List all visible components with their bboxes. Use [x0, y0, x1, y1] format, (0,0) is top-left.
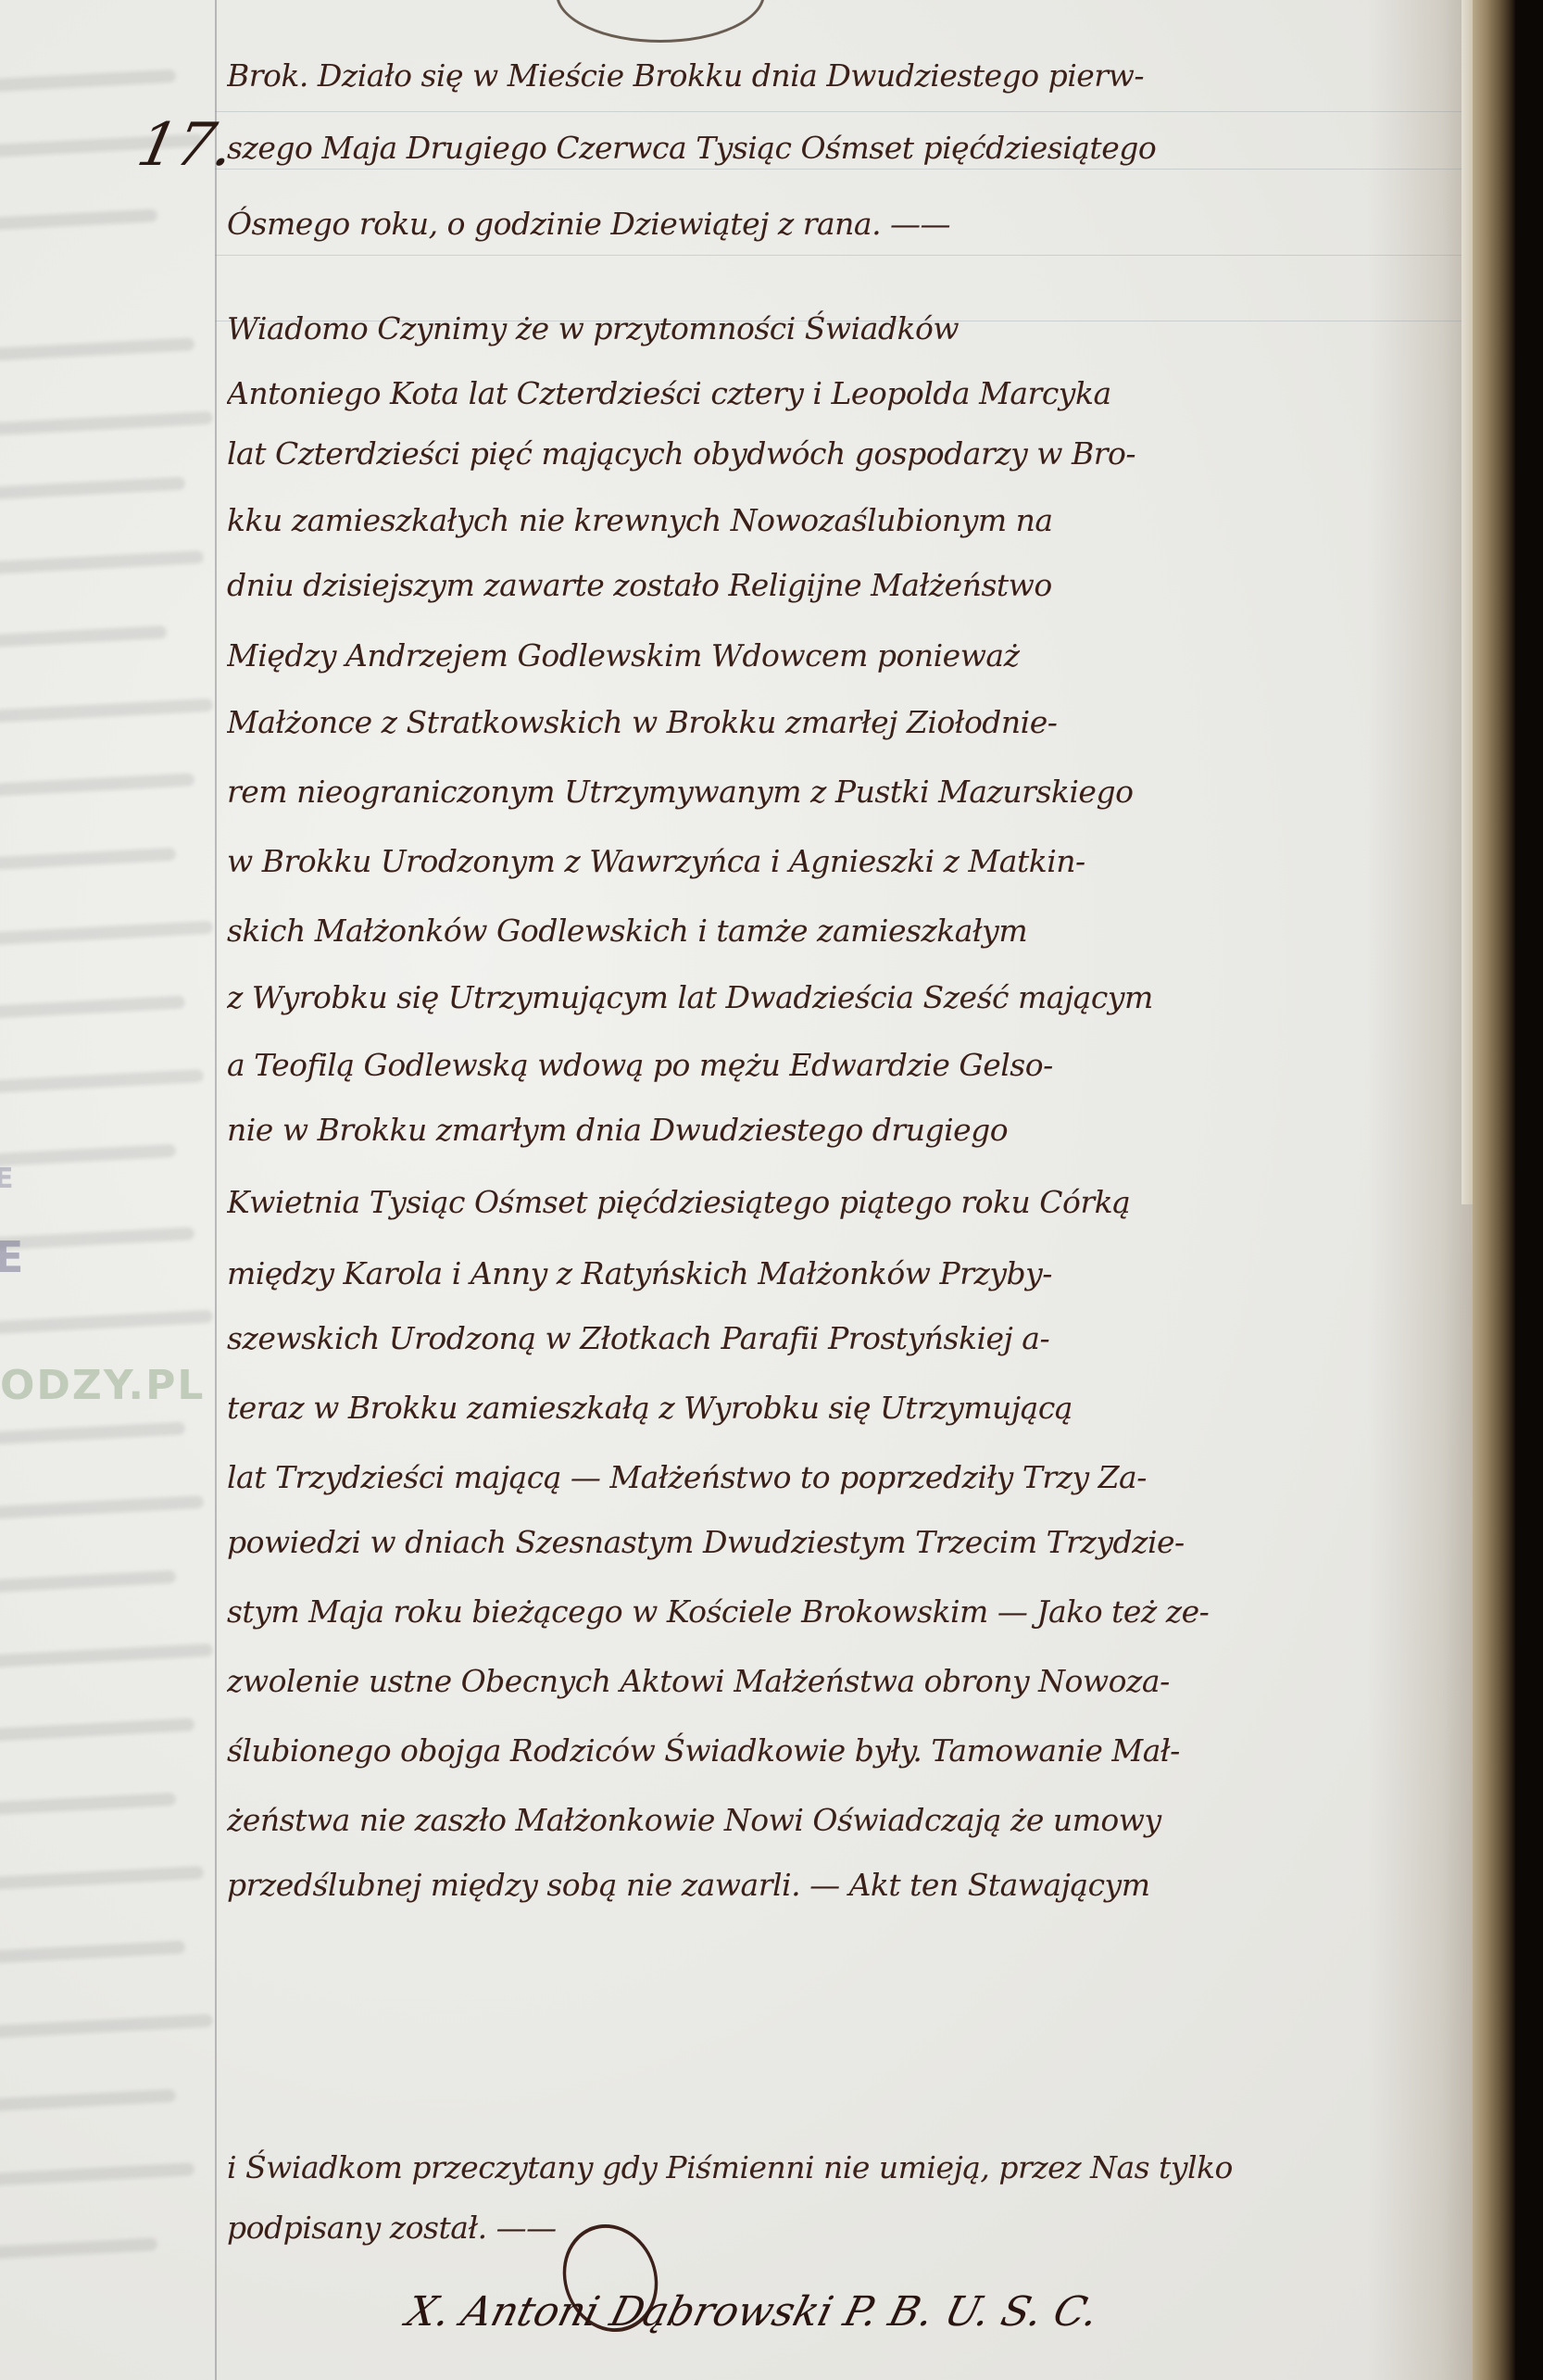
book-binding	[1473, 0, 1515, 2380]
text-line: przedślubnej między sobą nie zawarli. — …	[227, 1867, 1468, 1904]
watermark-letter: E	[0, 1163, 14, 1195]
entry-number: 17.	[132, 111, 241, 180]
text-line: podpisany został. ——	[227, 2210, 1468, 2247]
text-line: ślubionego obojga Rodziców Świadkowie by…	[227, 1732, 1468, 1769]
text-line: Wiadomo Czynimy że w przytomności Świadk…	[227, 310, 1468, 347]
watermark-site: ODZY.PL	[0, 1362, 205, 1409]
text-line: Brok. Działo się w Mieście Brokku dnia D…	[227, 57, 1468, 94]
text-line: Kwietnia Tysiąc Ośmset pięćdziesiątego p…	[227, 1184, 1468, 1221]
text-line: żeństwa nie zaszło Małżonkowie Nowi Oświ…	[227, 1802, 1468, 1839]
text-line: powiedzi w dniach Szesnastym Dwudziestym…	[227, 1524, 1468, 1561]
text-line: zwolenie ustne Obecnych Aktowi Małżeństw…	[227, 1663, 1468, 1700]
text-line: Małżonce z Stratkowskich w Brokku zmarłe…	[227, 704, 1468, 741]
text-line: Między Andrzejem Godlewskim Wdowcem poni…	[227, 637, 1468, 674]
text-line: w Brokku Urodzonym z Wawrzyńca i Agniesz…	[227, 843, 1468, 880]
text-line: i Świadkom przeczytany gdy Piśmienni nie…	[227, 2149, 1468, 2186]
text-line: kku zamieszkałych nie krewnych Nowozaślu…	[227, 502, 1468, 539]
bleed-through-opposite-page	[0, 0, 215, 2380]
document-page: 17. Brok. Działo się w Mieście Brokku dn…	[0, 0, 1487, 2380]
ruled-line	[215, 111, 1465, 112]
watermark-letter: E	[0, 1232, 23, 1282]
text-line: skich Małżonków Godlewskich i tamże zami…	[227, 913, 1468, 950]
text-line: z Wyrobku się Utrzymującym lat Dwadzieśc…	[227, 979, 1468, 1016]
seal-stamp	[556, 0, 765, 43]
text-line: lat Trzydzieści mającą — Małżeństwo to p…	[227, 1459, 1468, 1496]
ruled-line	[215, 169, 1465, 170]
text-line: teraz w Brokku zamieszkałą z Wyrobku się…	[227, 1390, 1468, 1427]
text-line: lat Czterdzieści pięć mających obydwóch …	[227, 435, 1468, 472]
text-line: między Karola i Anny z Ratyńskich Małżon…	[227, 1255, 1468, 1292]
ruled-line	[215, 255, 1465, 256]
text-line: Antoniego Kota lat Czterdzieści cztery i…	[227, 375, 1468, 412]
text-line: szewskich Urodzoną w Złotkach Parafii Pr…	[227, 1320, 1468, 1357]
text-line: a Teofilą Godlewską wdową po mężu Edward…	[227, 1047, 1468, 1084]
text-line: dniu dzisiejszym zawarte zostało Religij…	[227, 567, 1468, 604]
text-line: Ósmego roku, o godzinie Dziewiątej z ran…	[227, 206, 1468, 243]
priest-signature: X. Antoni Dąbrowski P. B. U. S. C.	[402, 2288, 1103, 2336]
text-line: nie w Brokku zmarłym dnia Dwudziestego d…	[227, 1112, 1468, 1149]
text-line: stym Maja roku bieżącego w Kościele Brok…	[227, 1593, 1468, 1631]
margin-rule	[215, 0, 217, 2380]
text-line: szego Maja Drugiego Czerwca Tysiąc Ośmse…	[227, 130, 1468, 167]
text-line: rem nieograniczonym Utrzymywanym z Pustk…	[227, 774, 1468, 811]
